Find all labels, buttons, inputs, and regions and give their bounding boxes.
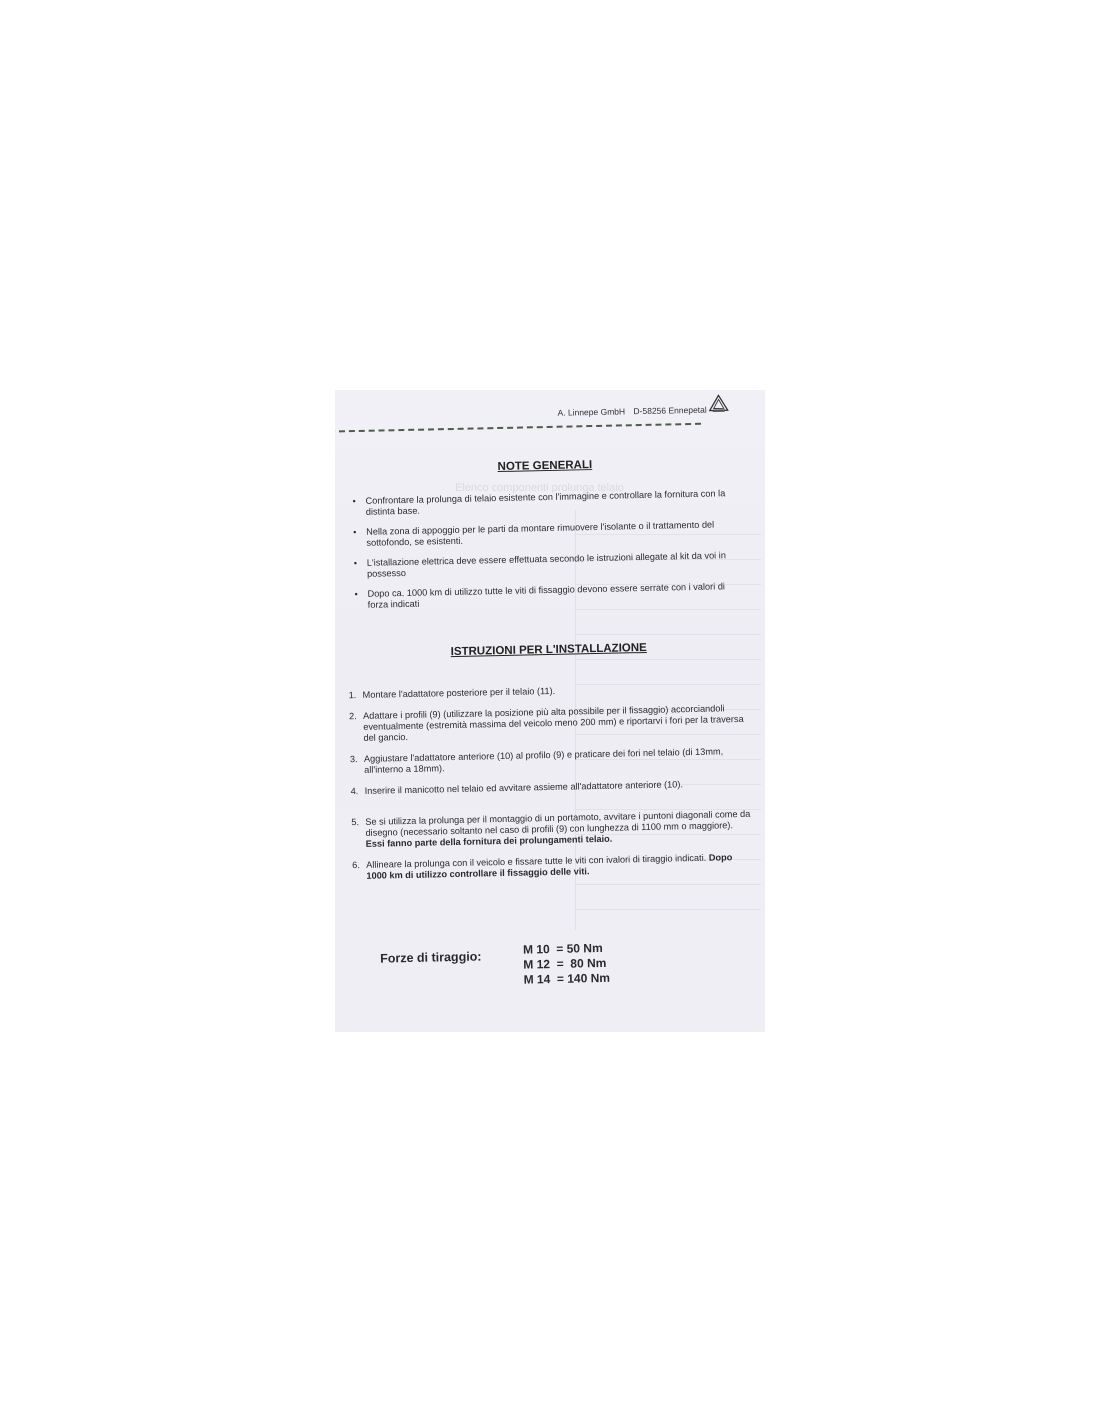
step-text: Montare l'adattatore posteriore per il t… <box>363 686 556 700</box>
step-number: 1. <box>349 690 357 701</box>
company-name: A. Linnepe GmbH <box>557 406 625 417</box>
section-title-note-generali: NOTE GENERALI <box>335 456 760 477</box>
company-address: D-58256 Ennepetal <box>633 405 706 417</box>
dashed-cut-line <box>335 423 701 433</box>
page-header: A. Linnepe GmbH D-58256 Ennepetal <box>557 405 706 418</box>
section-title-istruzioni: ISTRUZIONI PER L'INSTALLAZIONE <box>335 640 764 661</box>
step-text: Se si utilizza la prolunga per il montag… <box>365 809 750 838</box>
step-item: 5.Se si utilizza la prolunga per il mont… <box>351 809 752 850</box>
step-text: Adattare i profili (9) (utilizzare la po… <box>363 703 744 743</box>
step-text: Aggiustare l'adattatore anteriore (10) a… <box>364 746 723 775</box>
step-number: 5. <box>351 817 359 828</box>
torque-values: Forze di tiraggio: M 10 = 50 Nm M 12 = 8… <box>380 938 740 946</box>
step-number: 2. <box>349 711 357 722</box>
installation-steps: 1.Montare l'adattatore posteriore per il… <box>349 682 753 892</box>
scanned-page: Elenco componenti prolunga telaio A. Lin… <box>335 390 765 1032</box>
note-item: Nella zona di appoggio per le parti da m… <box>353 519 733 549</box>
torque-list: M 10 = 50 Nm M 12 = 80 Nm M 14 = 140 Nm <box>523 941 610 988</box>
step-item: 3.Aggiustare l'adattatore anteriore (10)… <box>350 746 750 776</box>
step-text: Inserire il manicotto nel telaio ed avvi… <box>365 779 684 796</box>
step-number: 4. <box>351 786 359 797</box>
note-item: L'istallazione elettrica deve essere eff… <box>354 550 734 580</box>
step-number: 3. <box>350 754 358 765</box>
note-item: Confrontare la prolunga di telaio esiste… <box>352 488 732 518</box>
step-item: 1.Montare l'adattatore posteriore per il… <box>349 682 749 701</box>
document-content: A. Linnepe GmbH D-58256 Ennepetal NOTE G… <box>335 390 765 1032</box>
torque-label: Forze di tiraggio: <box>380 949 482 965</box>
step-item: 2.Adattare i profili (9) (utilizzare la … <box>349 703 750 744</box>
linnepe-logo-icon <box>708 394 728 412</box>
step-item: 6.Allineare la prolunga con il veicolo e… <box>352 852 752 882</box>
torque-value: M 14 = 140 Nm <box>523 971 610 988</box>
step-number: 6. <box>352 860 360 871</box>
step-item: 4.Inserire il manicotto nel telaio ed av… <box>351 778 751 797</box>
note-item: Dopo ca. 1000 km di utilizzo tutte le vi… <box>354 581 734 611</box>
notes-list: Confrontare la prolunga di telaio esiste… <box>352 488 735 620</box>
